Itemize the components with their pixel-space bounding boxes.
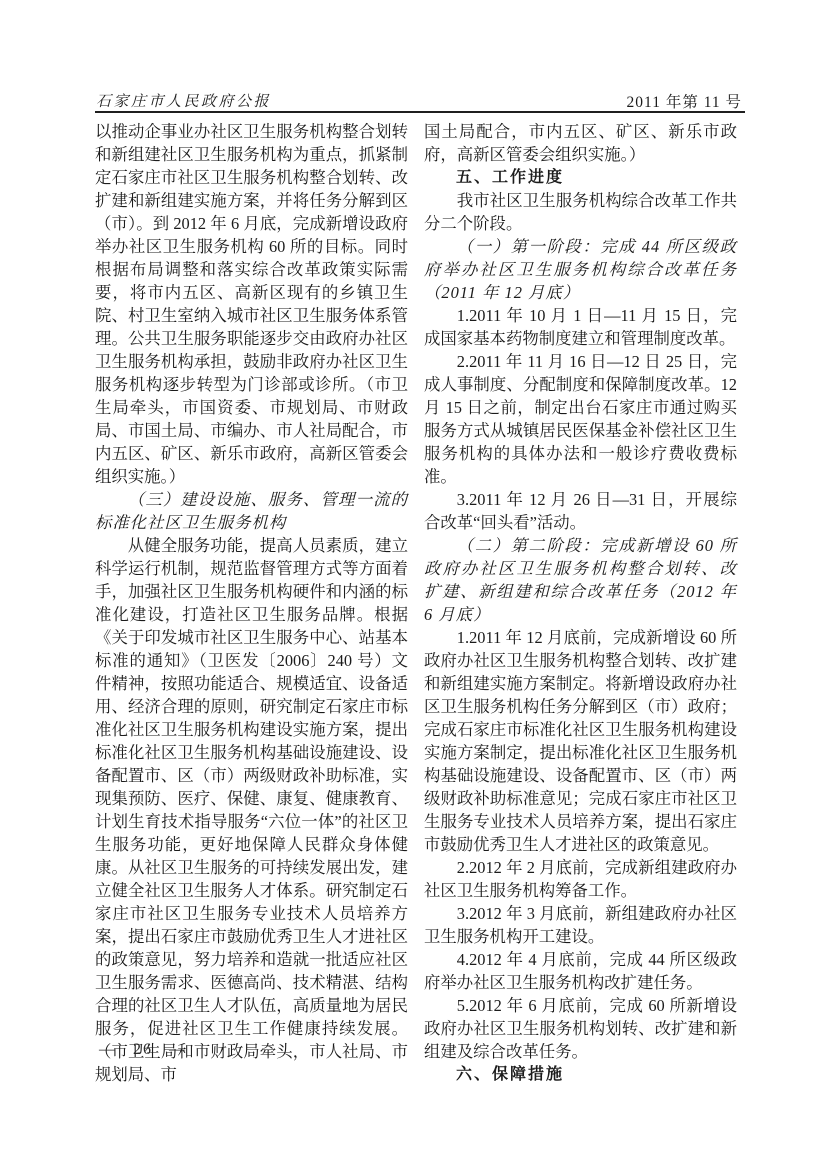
subsection-heading-stage-one: （一）第一阶段：完成 44 所区级政府举办社区卫生服务机构综合改革任务（2011…: [424, 235, 737, 304]
paragraph-stage2-item1: 1.2011 年 12 月底前，完成新增设 60 所政府办社区卫生服务机构整合划…: [424, 626, 737, 856]
header-divider: [95, 111, 745, 113]
paragraph-stage1-item3: 3.2011 年 12 月 26 日—31 日，开展综合改革“回头看”活动。: [424, 488, 737, 534]
paragraph-left-continuation: 以推动企事业办社区卫生服务机构整合划转和新组建社区卫生服务机构为重点，抓紧制定石…: [95, 120, 408, 488]
paragraph-stage2-item4: 4.2012 年 4 月底前，完成 44 所区级政府举办社区卫生服务机构改扩建任…: [424, 948, 737, 994]
subsection-heading-three: （三）建设设施、服务、管理一流的标准化社区卫生服务机构: [95, 488, 408, 534]
paragraph-stage1-item2: 2.2011 年 11 月 16 日—12 日 25 日，完成人事制度、分配制度…: [424, 350, 737, 488]
paragraph-stages-intro: 我市社区卫生服务机构综合改革工作共分二个阶段。: [424, 189, 737, 235]
gazette-page: 石家庄市人民政府公报 2011 年第 11 号 以推动企事业办社区卫生服务机构整…: [0, 0, 826, 1169]
left-column: 以推动企事业办社区卫生服务机构整合划转和新组建社区卫生服务机构为重点，抓紧制定石…: [95, 120, 408, 1086]
subsection-heading-stage-two: （二）第二阶段：完成新增设 60 所政府办社区卫生服务机构整合划转、改扩建、新组…: [424, 534, 737, 626]
paragraph-right-continuation: 国土局配合，市内五区、矿区、新乐市政府，高新区管委会组织实施。）: [424, 120, 737, 166]
page-number: — 26 —: [99, 1041, 187, 1059]
right-column: 国土局配合，市内五区、矿区、新乐市政府，高新区管委会组织实施。） 五、工作进度 …: [424, 120, 737, 1086]
section-heading-five: 五、工作进度: [424, 166, 737, 189]
paragraph-stage2-item3: 3.2012 年 3 月底前，新组建政府办社区卫生服务机构开工建设。: [424, 902, 737, 948]
paragraph-left-body: 从健全服务功能，提高人员素质，建立科学运行机制，规范监督管理方式等方面着手，加强…: [95, 534, 408, 1086]
issue-number: 2011 年第 11 号: [627, 90, 742, 112]
gazette-title: 石家庄市人民政府公报: [96, 90, 271, 111]
paragraph-stage2-item2: 2.2012 年 2 月底前，完成新组建政府办社区卫生服务机构筹备工作。: [424, 856, 737, 902]
section-heading-six: 六、保障措施: [424, 1063, 737, 1086]
paragraph-stage1-item1: 1.2011 年 10 月 1 日—11 月 15 日，完成国家基本药物制度建立…: [424, 304, 737, 350]
paragraph-stage2-item5: 5.2012 年 6 月底前，完成 60 所新增设政府办社区卫生服务机构划转、改…: [424, 994, 737, 1063]
